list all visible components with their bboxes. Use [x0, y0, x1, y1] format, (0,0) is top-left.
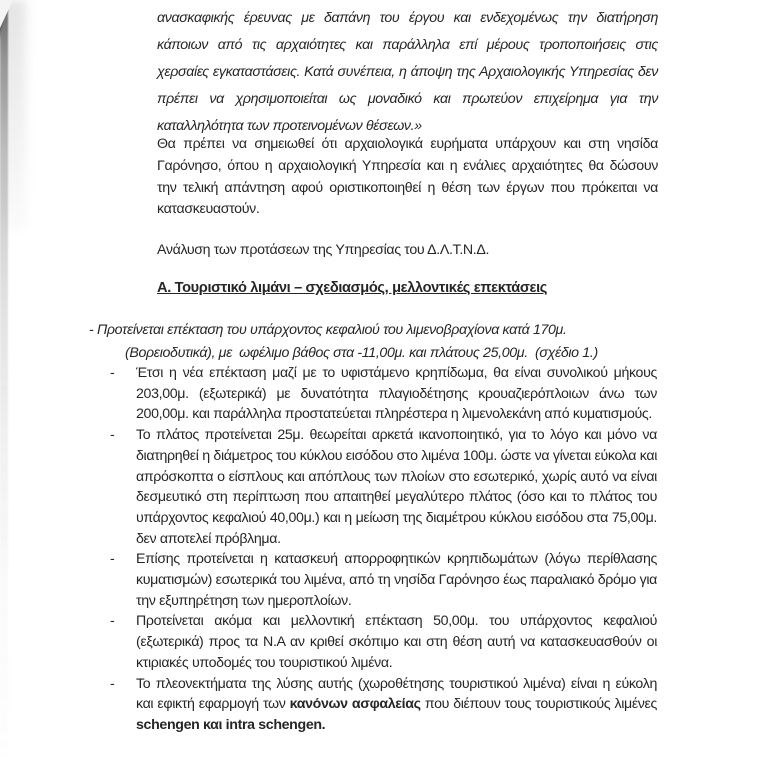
bullet-text-bold-schengen: schengen και intra schengen. [136, 717, 325, 733]
scanned-document-page: ανασκαφικής έρευνας με δαπάνη του έργου … [0, 0, 762, 757]
dash-bullet-icon: - [110, 549, 114, 570]
scan-page-edge-shadow [0, 0, 8, 757]
dash-bullet-icon: - [110, 425, 114, 446]
dash-bullet-icon: - [110, 611, 114, 632]
section-heading-tourist-port: Α. Τουριστικό λιμάνι – σχεδιασμός, μελλο… [157, 277, 697, 299]
lead-proposal-line-1: - Προτείνεται επέκταση του υπάρχοντος κε… [89, 319, 659, 342]
bullet-text: Επίσης προτείνεται η κατασκευή απορροφητ… [136, 551, 657, 608]
bullet-text-bold-security-rules: κανόνων ασφαλείας [290, 696, 421, 712]
bullet-future-extension: - Προτείνεται ακόμα και μελλοντική επέκτ… [108, 611, 657, 673]
bullet-width-proposal: - Το πλάτος προτείνεται 25μ. θεωρείται α… [108, 425, 657, 549]
bullet-extension-length: - Έτσι η νέα επέκταση μαζί με το υφιστάμ… [108, 363, 657, 425]
lead-proposal-line-2: (Βορειοδυτικά), με ωφέλιμο βάθος στα -11… [89, 342, 659, 365]
bullet-absorbing-quays: - Επίσης προτείνεται η κατασκευή απορροφ… [108, 549, 657, 611]
archaeology-note-paragraph: Θα πρέπει να σημειωθεί ότι αρχαιολογικά … [157, 134, 658, 221]
bullet-text: Το πλάτος προτείνεται 25μ. θεωρείται αρκ… [136, 427, 657, 547]
quoted-opinion-paragraph: ανασκαφικής έρευνας με δαπάνη του έργου … [157, 5, 658, 140]
analysis-intro-line: Ανάλυση των προτάσεων της Υπηρεσίας του … [157, 240, 677, 261]
dash-bullet-icon: - [110, 674, 114, 695]
bullet-text: Έτσι η νέα επέκταση μαζί με το υφιστάμεν… [136, 365, 657, 422]
lead-proposal-bullet: - Προτείνεται επέκταση του υπάρχοντος κε… [89, 319, 659, 365]
bullet-text: Προτείνεται ακόμα και μελλοντική επέκτασ… [136, 613, 657, 670]
proposal-bullet-list: - Έτσι η νέα επέκταση μαζί με το υφιστάμ… [108, 363, 657, 736]
bullet-advantages-schengen: - Το πλεονεκτήματα της λύσης αυτής (χωρο… [108, 674, 657, 736]
dash-bullet-icon: - [110, 363, 114, 384]
bullet-text-run-2: που διέπουν τους τουριστικούς λιμένες [421, 696, 657, 712]
